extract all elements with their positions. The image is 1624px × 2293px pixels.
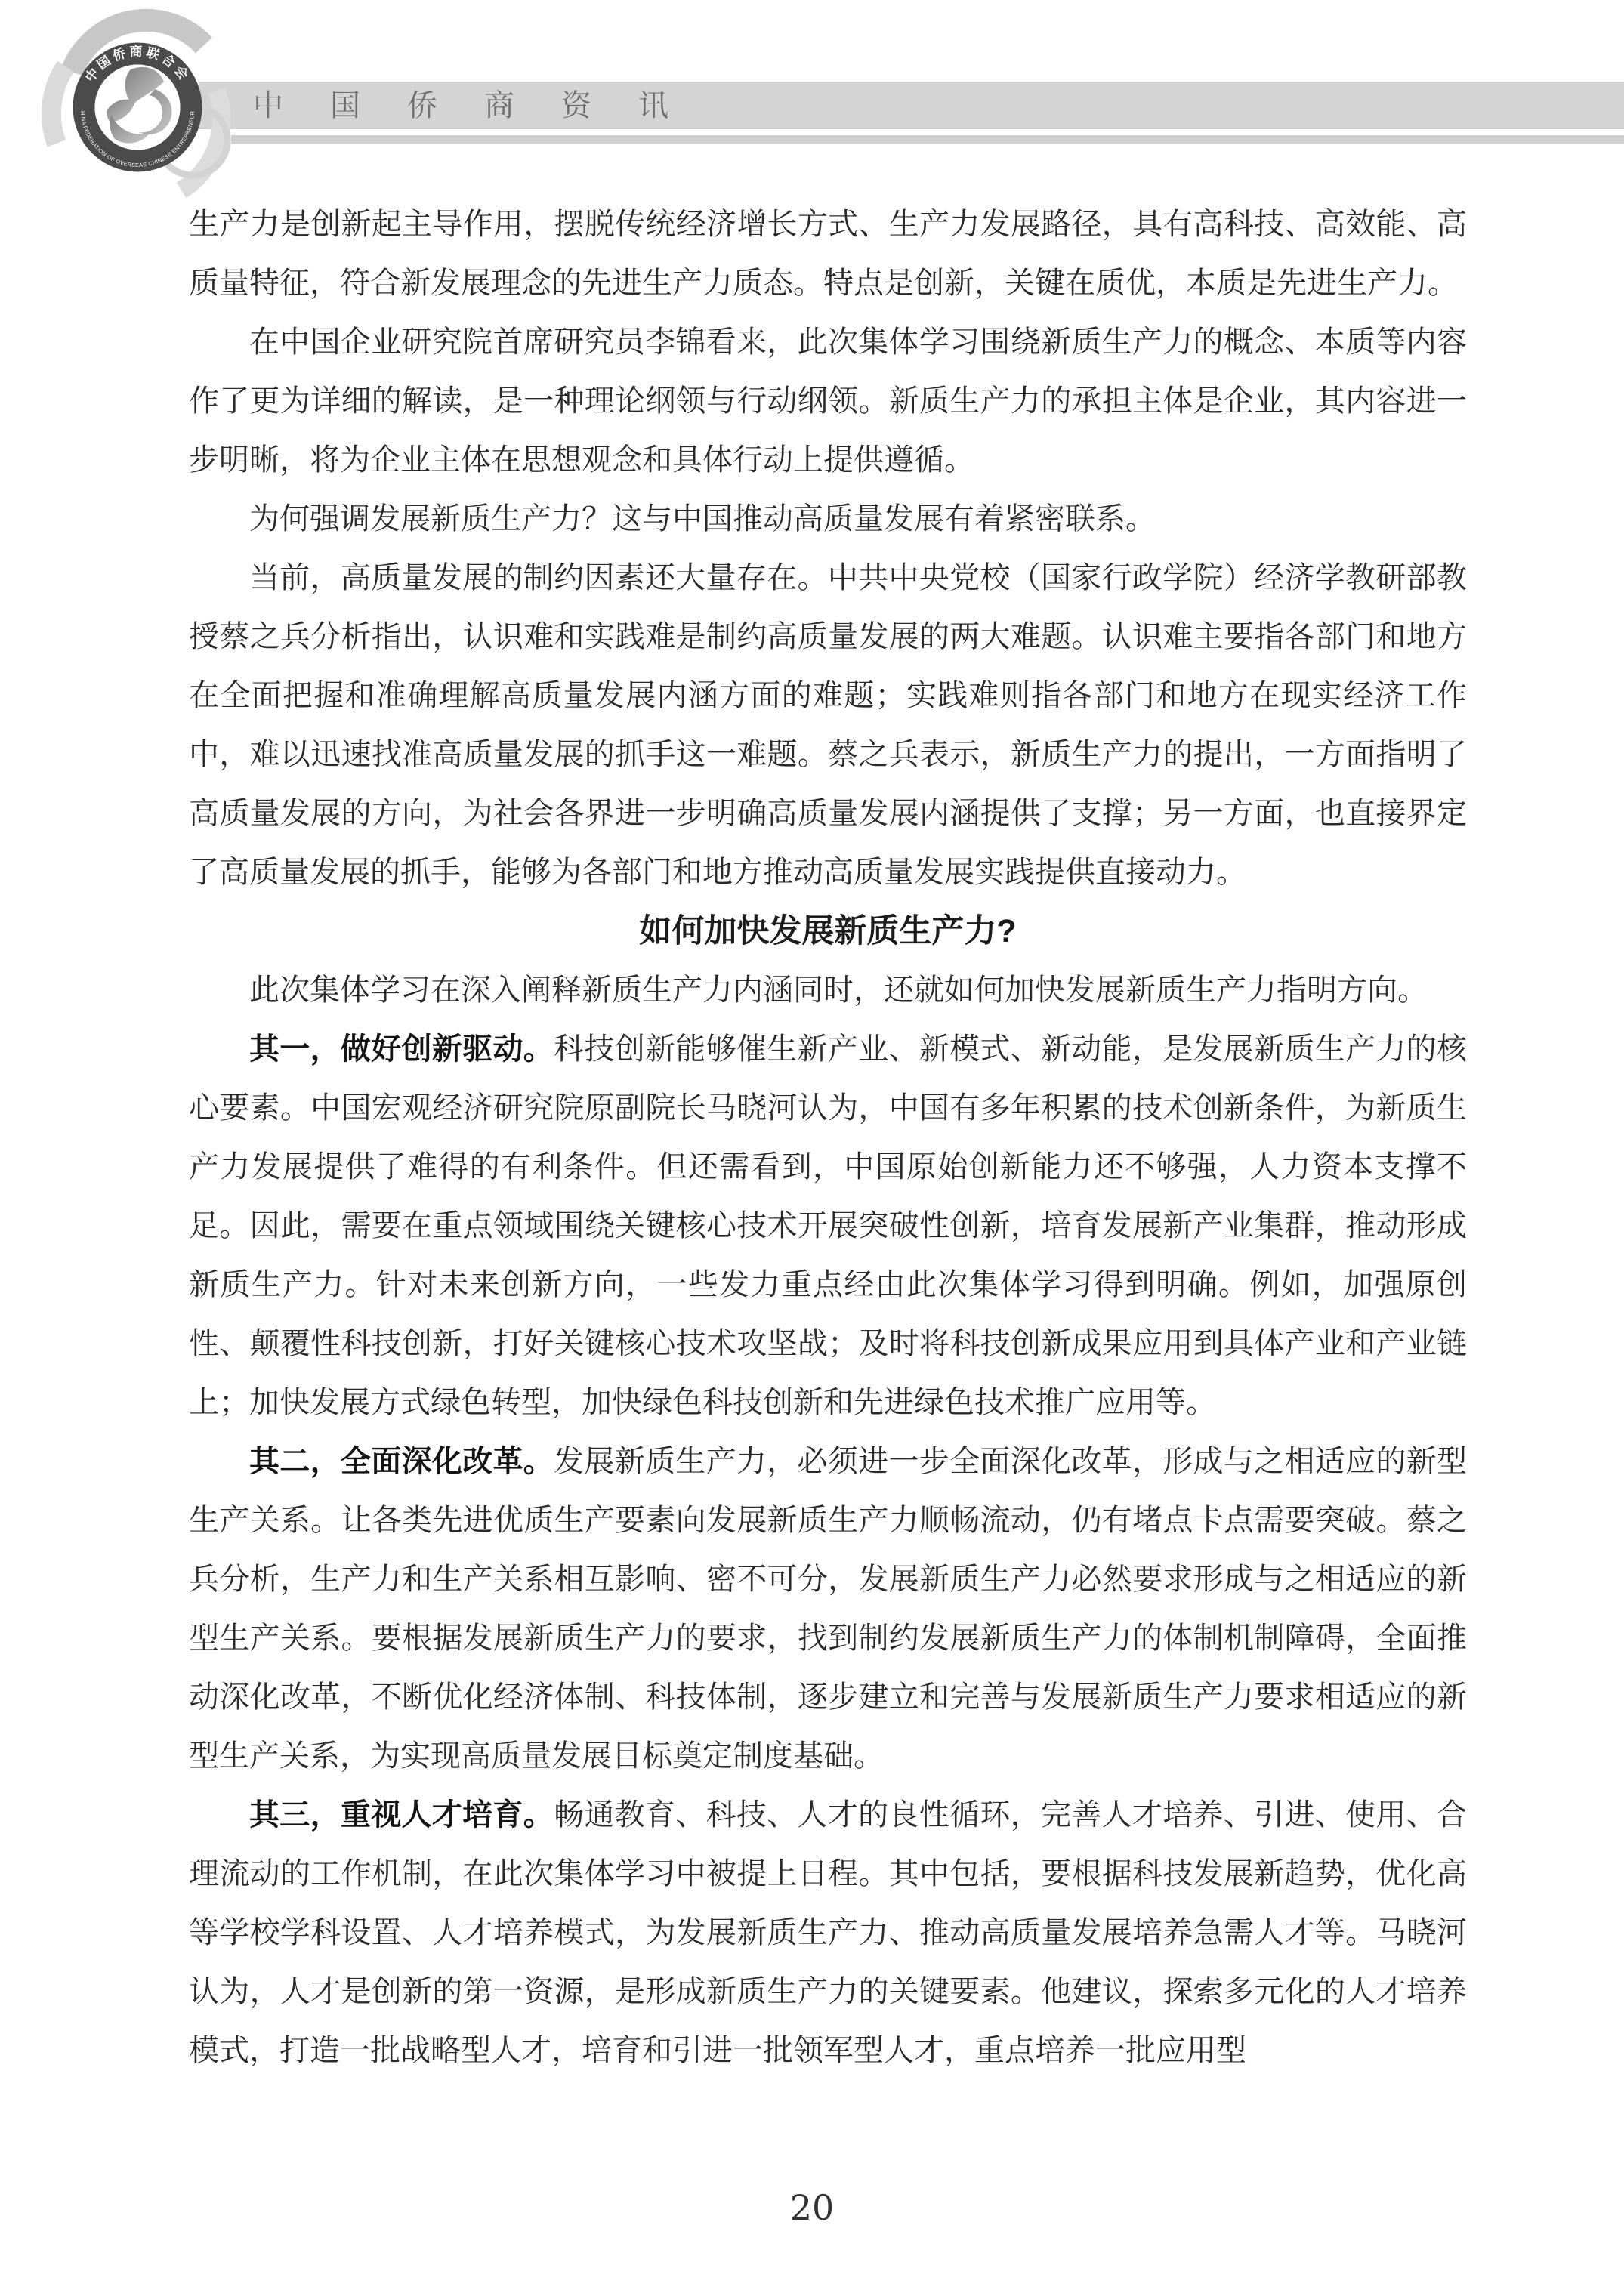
article-paragraph: 在中国企业研究院首席研究员李锦看来，此次集体学习围绕新质生产力的概念、本质等内容… (189, 313, 1467, 489)
paragraph-lead: 其二，全面深化改革。 (249, 1445, 554, 1478)
org-logo: 中国侨商联合会 CHINA FEDERATION OF OVERSEAS CHI… (26, 0, 291, 219)
paragraph-lead: 其三，重视人才培育。 (249, 1798, 554, 1832)
section-heading: 如何加快发展新质生产力? (189, 902, 1467, 961)
article-paragraph: 其二，全面深化改革。发展新质生产力，必须进一步全面深化改革，形成与之相适应的新型… (189, 1432, 1467, 1785)
paragraph-lead: 其一，做好创新驱动。 (249, 1032, 554, 1066)
header-banner: 中国侨商资讯 (199, 82, 1624, 129)
article-paragraph: 其一，做好创新驱动。科技创新能够催生新产业、新模式、新动能，是发展新质生产力的核… (189, 1020, 1467, 1432)
header-banner-strip (231, 135, 1624, 144)
article-paragraph: 生产力是创新起主导作用，摆脱传统经济增长方式、生产力发展路径，具有高科技、高效能… (189, 195, 1467, 313)
article-body: 生产力是创新起主导作用，摆脱传统经济增长方式、生产力发展路径，具有高科技、高效能… (189, 195, 1467, 2080)
publication-title: 中国侨商资讯 (253, 82, 715, 129)
page-number: 20 (0, 2187, 1624, 2228)
org-logo-svg: 中国侨商联合会 CHINA FEDERATION OF OVERSEAS CHI… (26, 0, 291, 219)
document-page: 中国侨商资讯 (0, 0, 1624, 2293)
article-paragraph: 当前，高质量发展的制约因素还大量存在。中共中央党校（国家行政学院）经济学教研部教… (189, 548, 1467, 902)
article-paragraph: 此次集体学习在深入阐释新质生产力内涵同时，还就如何加快发展新质生产力指明方向。 (189, 961, 1467, 1020)
article-paragraph: 其三，重视人才培育。畅通教育、科技、人才的良性循环，完善人才培养、引进、使用、合… (189, 1785, 1467, 2080)
article-paragraph: 为何强调发展新质生产力？这与中国推动高质量发展有着紧密联系。 (189, 489, 1467, 548)
